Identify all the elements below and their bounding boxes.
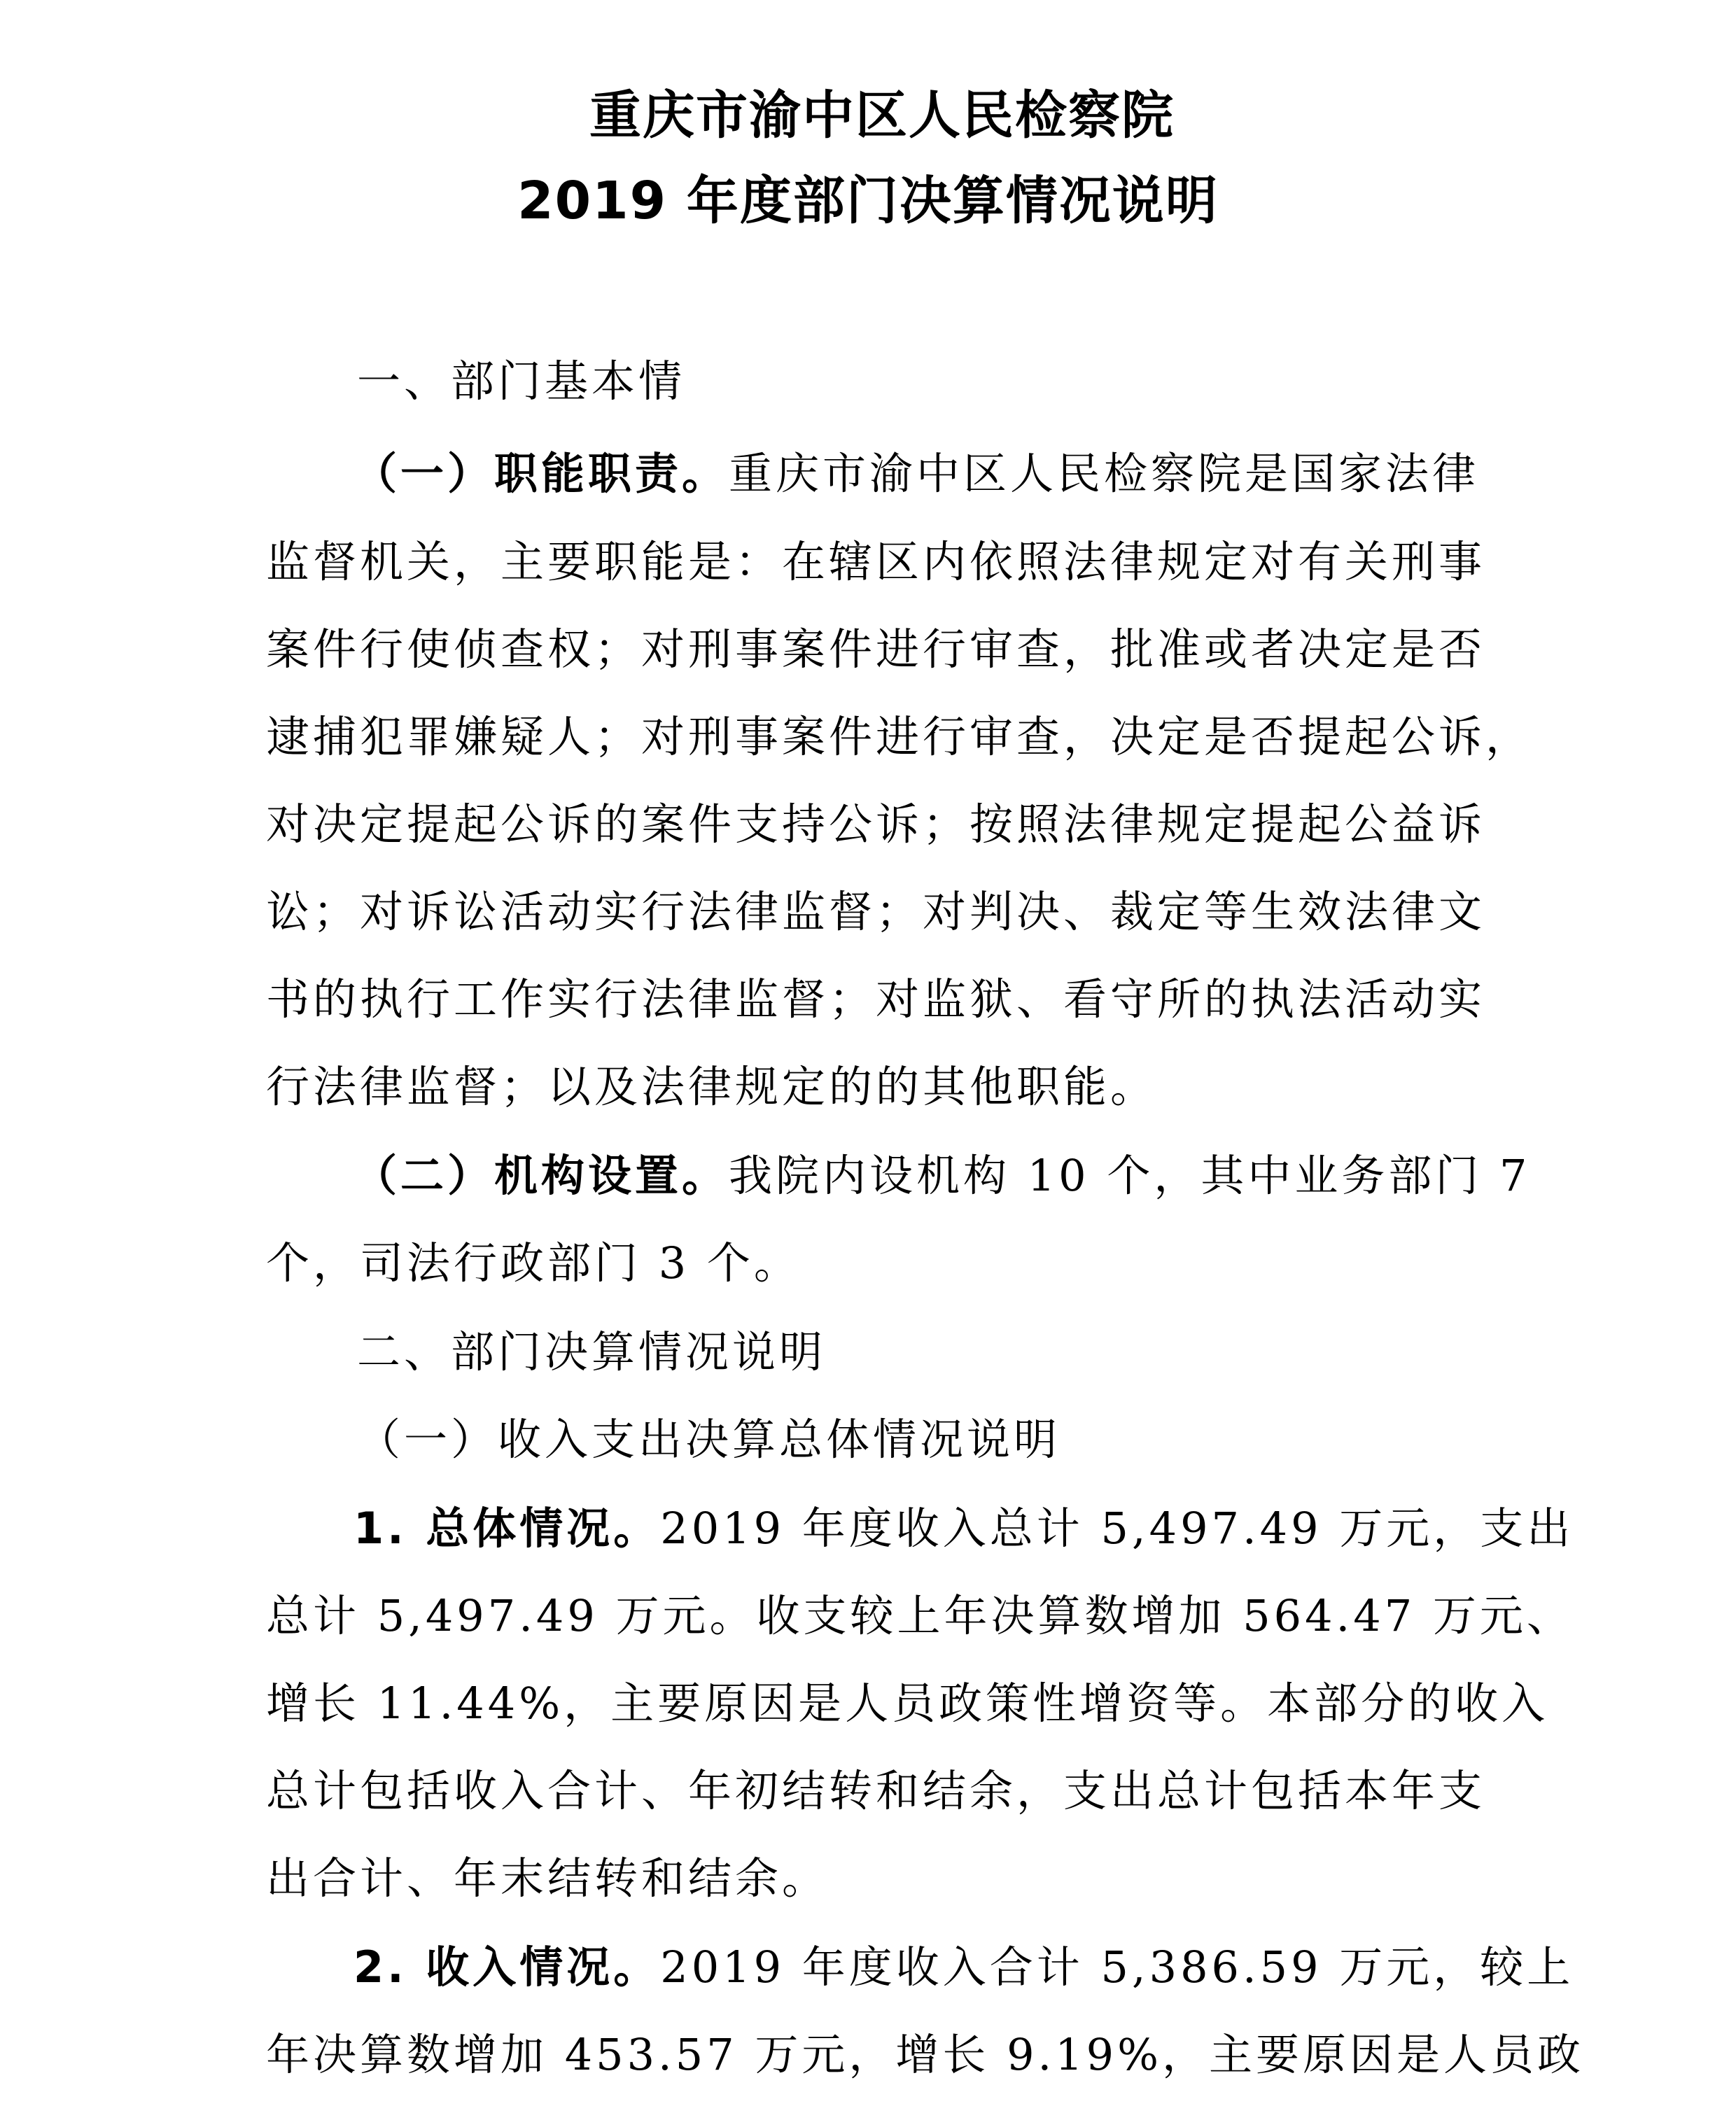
- section-heading-final-accounts: 二、部门决算情况说明: [357, 1324, 1561, 1380]
- item-label-income: 2. 收入情况。: [353, 1942, 660, 1993]
- paragraph-functions-line-4: 逮捕犯罪嫌疑人；对刑事案件进行审查，决定是否提起公诉，: [266, 709, 1470, 765]
- paragraph-functions-line-6: 讼；对诉讼活动实行法律监督；对判决、裁定等生效法律文: [266, 884, 1470, 940]
- document-title-report: 2019 年度部门决算情况说明: [0, 169, 1736, 232]
- paragraph-income-line-1: 2. 收入情况。2019 年度收入合计 5,386.59 万元，较上: [353, 1939, 1470, 1995]
- paragraph-overall-line-3: 增长 11.44%，主要原因是人员政策性增资等。本部分的收入: [266, 1676, 1470, 1732]
- paragraph-functions-line-7: 书的执行工作实行法律监督；对监狱、看守所的执法活动实: [266, 971, 1470, 1027]
- document-page: 重庆市渝中区人民检察院 2019 年度部门决算情况说明 一、部门基本情 （一）职…: [0, 0, 1736, 2106]
- paragraph-overall-line-1: 1. 总体情况。2019 年度收入总计 5,497.49 万元，支出: [353, 1501, 1470, 1557]
- subheading-structure: （二）机构设置。: [353, 1150, 729, 1201]
- paragraph-functions-line-1: （一）职能职责。重庆市渝中区人民检察院是国家法律: [353, 446, 1470, 502]
- paragraph-overall-line-5: 出合计、年末结转和结余。: [266, 1851, 1470, 1907]
- paragraph-functions-line-8: 行法律监督；以及法律规定的的其他职能。: [266, 1059, 1470, 1115]
- item-label-overall: 1. 总体情况。: [353, 1503, 660, 1554]
- document-title-org: 重庆市渝中区人民检察院: [14, 84, 1736, 147]
- paragraph-overall-line-4: 总计包括收入合计、年初结转和结余，支出总计包括本年支: [266, 1763, 1470, 1819]
- section-heading-basic-info: 一、部门基本情: [357, 353, 1561, 409]
- paragraph-functions-line-5: 对决定提起公诉的案件支持公诉；按照法律规定提起公益诉: [266, 796, 1470, 852]
- subheading-income-expense-overview: （一）收入支出决算总体情况说明: [357, 1412, 1561, 1468]
- paragraph-structure-line-1: （二）机构设置。我院内设机构 10 个，其中业务部门 7: [353, 1148, 1470, 1204]
- paragraph-structure-line-2: 个，司法行政部门 3 个。: [266, 1235, 1470, 1291]
- subheading-functions: （一）职能职责。: [353, 448, 729, 499]
- paragraph-overall-line-2: 总计 5,497.49 万元。收支较上年决算数增加 564.47 万元、: [266, 1588, 1470, 1644]
- paragraph-income-line-2: 年决算数增加 453.57 万元，增长 9.19%，主要原因是人员政: [266, 2027, 1470, 2083]
- paragraph-functions-line-3: 案件行使侦查权；对刑事案件进行审查，批准或者决定是否: [266, 622, 1470, 678]
- paragraph-functions-line-2: 监督机关，主要职能是：在辖区内依照法律规定对有关刑事: [266, 534, 1470, 590]
